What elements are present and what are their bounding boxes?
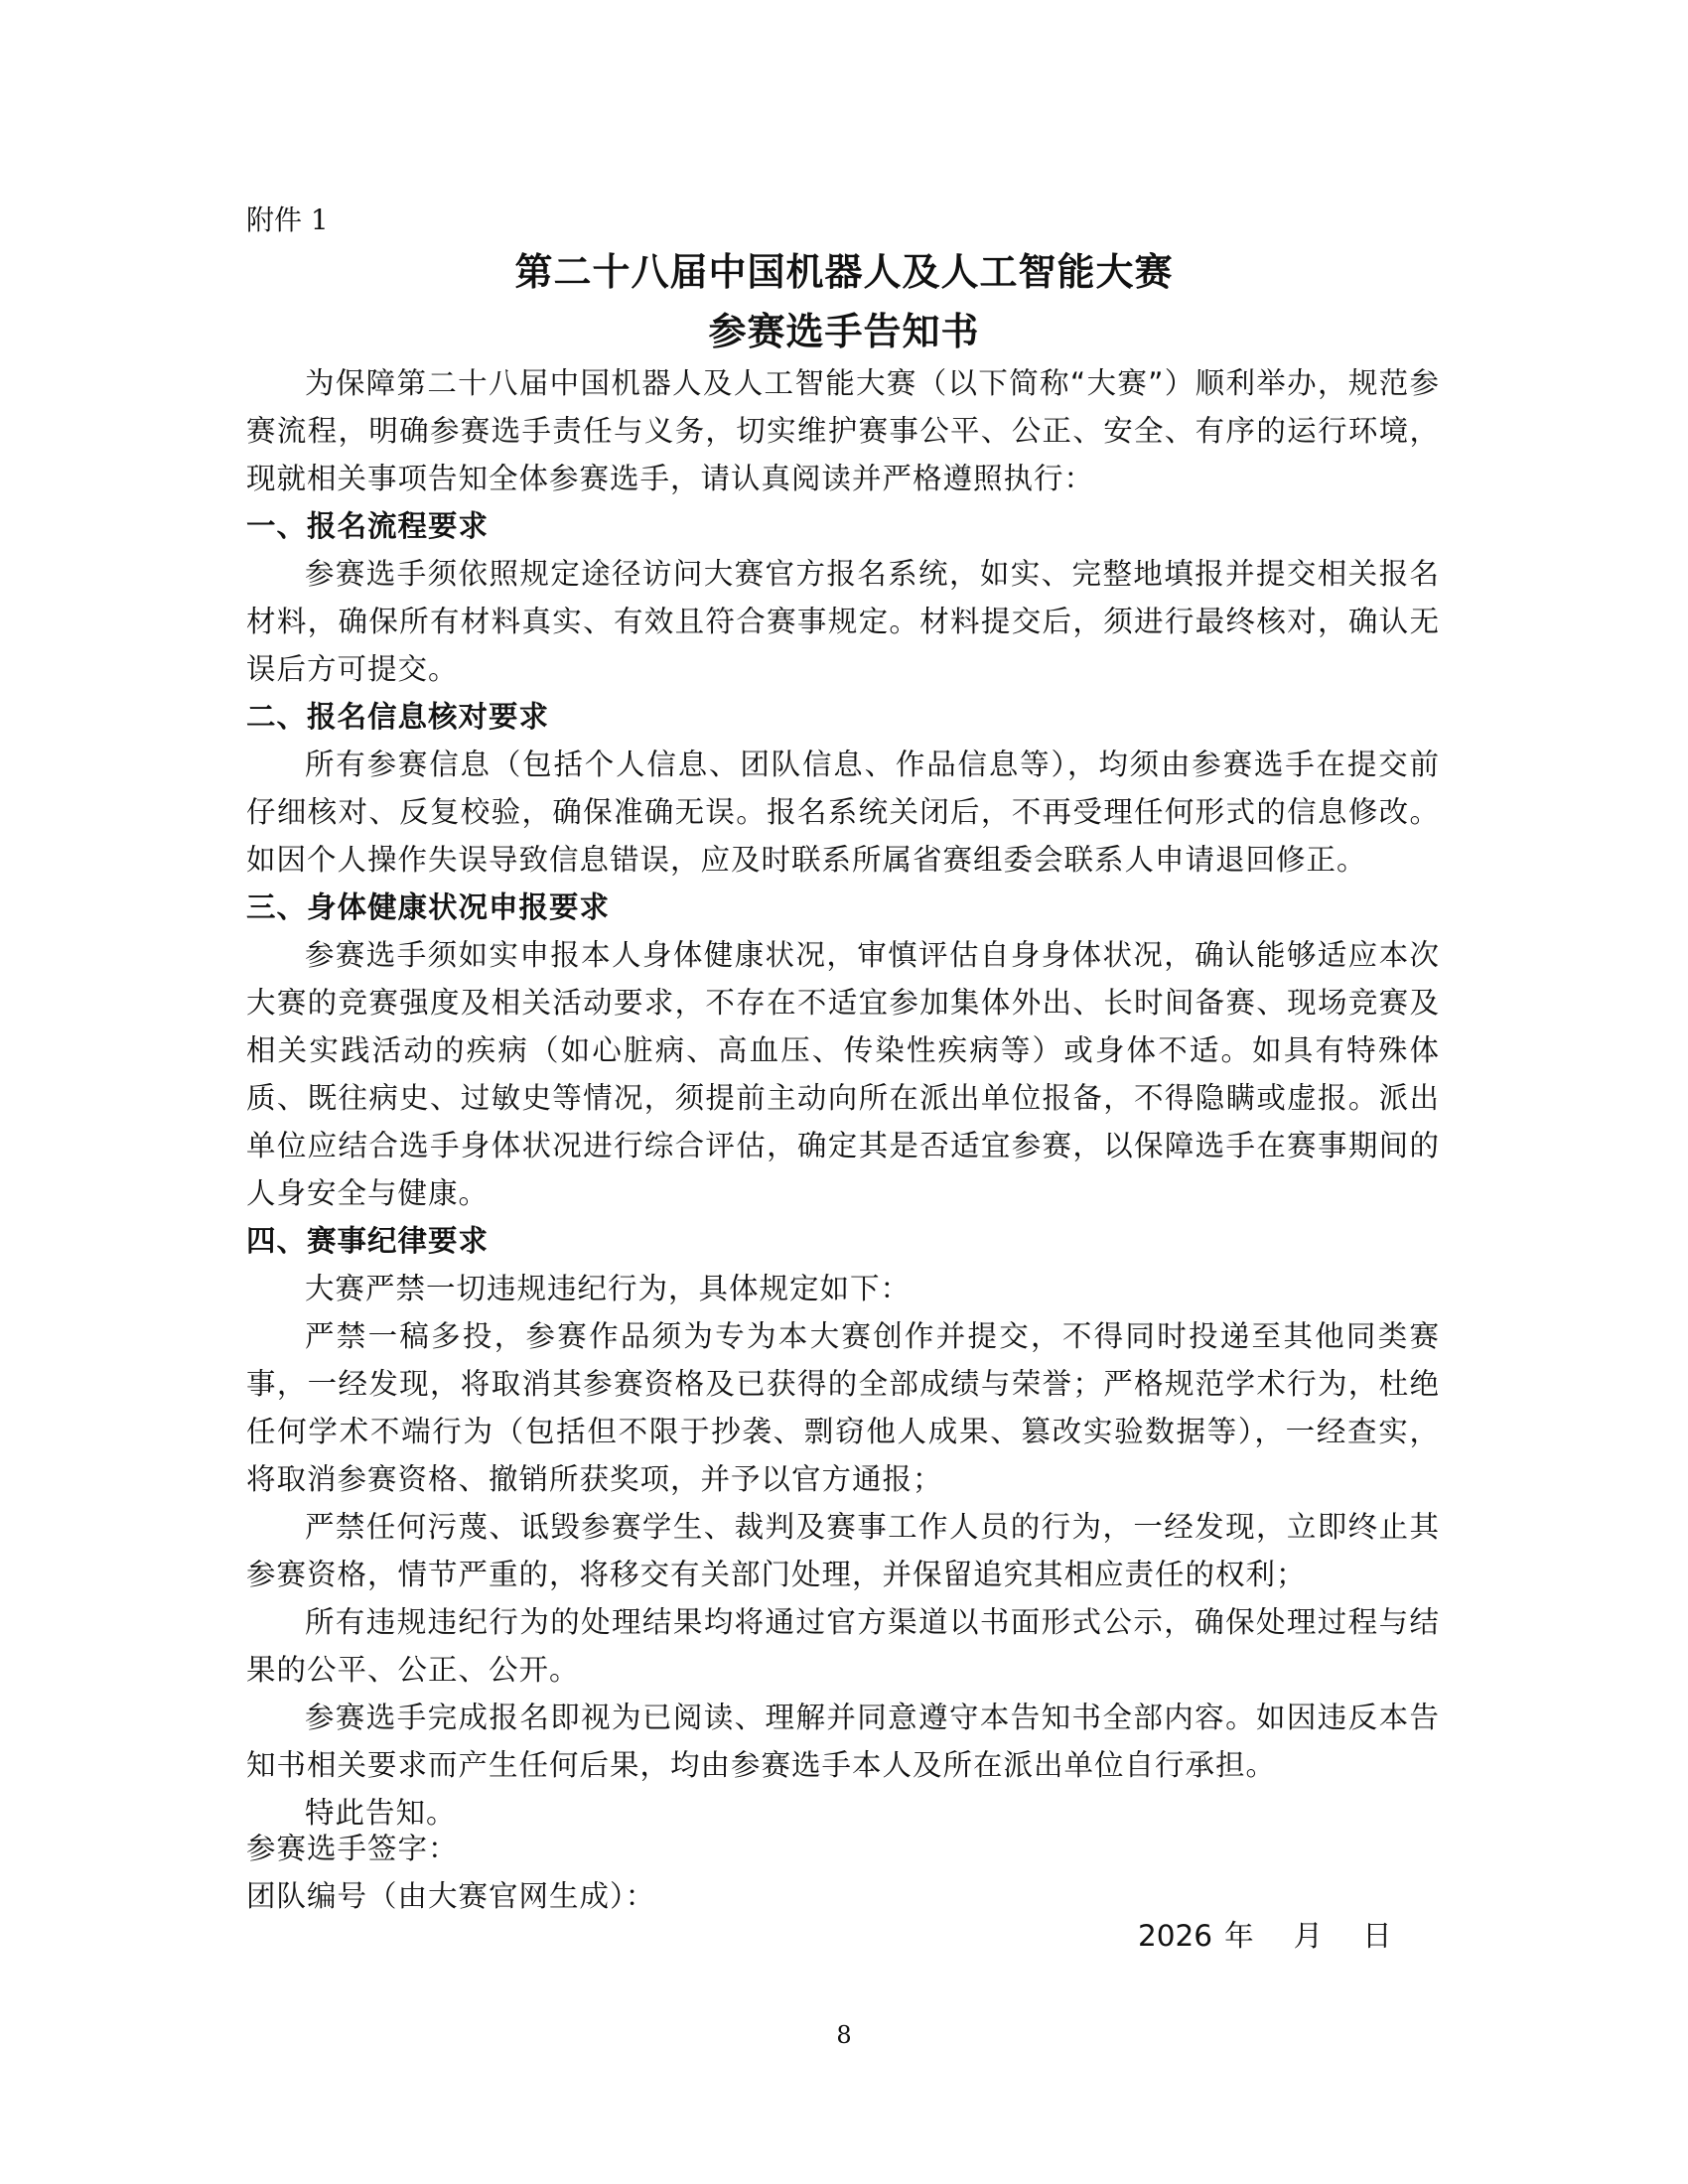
section-paragraph: 所有参赛信息（包括个人信息、团队信息、作品信息等），均须由参赛选手在提交前仔细核… — [246, 741, 1440, 884]
document-body: 为保障第二十八届中国机器人及人工智能大赛（以下简称“大赛”）顺利举办，规范参赛流… — [246, 359, 1440, 1837]
section-paragraph: 参赛选手须如实申报本人身体健康状况，审慎评估自身身体状况，确认能够适应本次大赛的… — [246, 931, 1440, 1217]
date-month-unit: 月 — [1294, 1912, 1324, 1960]
section-heading-info-verification: 二、报名信息核对要求 — [246, 693, 1440, 741]
date-day-unit: 日 — [1362, 1912, 1392, 1960]
intro-paragraph: 为保障第二十八届中国机器人及人工智能大赛（以下简称“大赛”）顺利举办，规范参赛流… — [246, 359, 1440, 502]
document-page: 附件 1 第二十八届中国机器人及人工智能大赛 参赛选手告知书 为保障第二十八届中… — [0, 0, 1688, 2184]
section-heading-registration-process: 一、报名流程要求 — [246, 502, 1440, 550]
section-paragraph: 所有违规违纪行为的处理结果均将通过官方渠道以书面形式公示，确保处理过程与结果的公… — [246, 1598, 1440, 1694]
date-year-unit: 年 — [1224, 1912, 1254, 1960]
section-heading-competition-discipline: 四、赛事纪律要求 — [246, 1217, 1440, 1265]
date-line: 2026年月日 — [1138, 1912, 1392, 1960]
document-subtitle: 参赛选手告知书 — [0, 308, 1688, 355]
document-title: 第二十八届中国机器人及人工智能大赛 — [0, 248, 1688, 296]
team-id-label: 团队编号（由大赛官网生成）： — [246, 1872, 655, 1920]
section-heading-health-declaration: 三、身体健康状况申报要求 — [246, 884, 1440, 931]
section-paragraph: 参赛选手须依照规定途径访问大赛官方报名系统，如实、完整地填报并提交相关报名材料，… — [246, 550, 1440, 693]
section-paragraph: 大赛严禁一切违规违纪行为，具体规定如下： — [246, 1265, 1440, 1312]
signature-block: 参赛选手签字： 团队编号（由大赛官网生成）： — [246, 1825, 655, 1920]
section-paragraph: 严禁一稿多投，参赛作品须为专为本大赛创作并提交，不得同时投递至其他同类赛事，一经… — [246, 1312, 1440, 1503]
attachment-label: 附件 1 — [246, 204, 329, 237]
section-paragraph: 严禁任何污蔑、诋毁参赛学生、裁判及赛事工作人员的行为，一经发现，立即终止其参赛资… — [246, 1503, 1440, 1598]
date-year: 2026 — [1138, 1912, 1212, 1960]
page-number: 8 — [0, 2021, 1688, 2049]
participant-signature-label: 参赛选手签字： — [246, 1825, 655, 1872]
section-paragraph: 参赛选手完成报名即视为已阅读、理解并同意遵守本告知书全部内容。如因违反本告知书相… — [246, 1694, 1440, 1789]
